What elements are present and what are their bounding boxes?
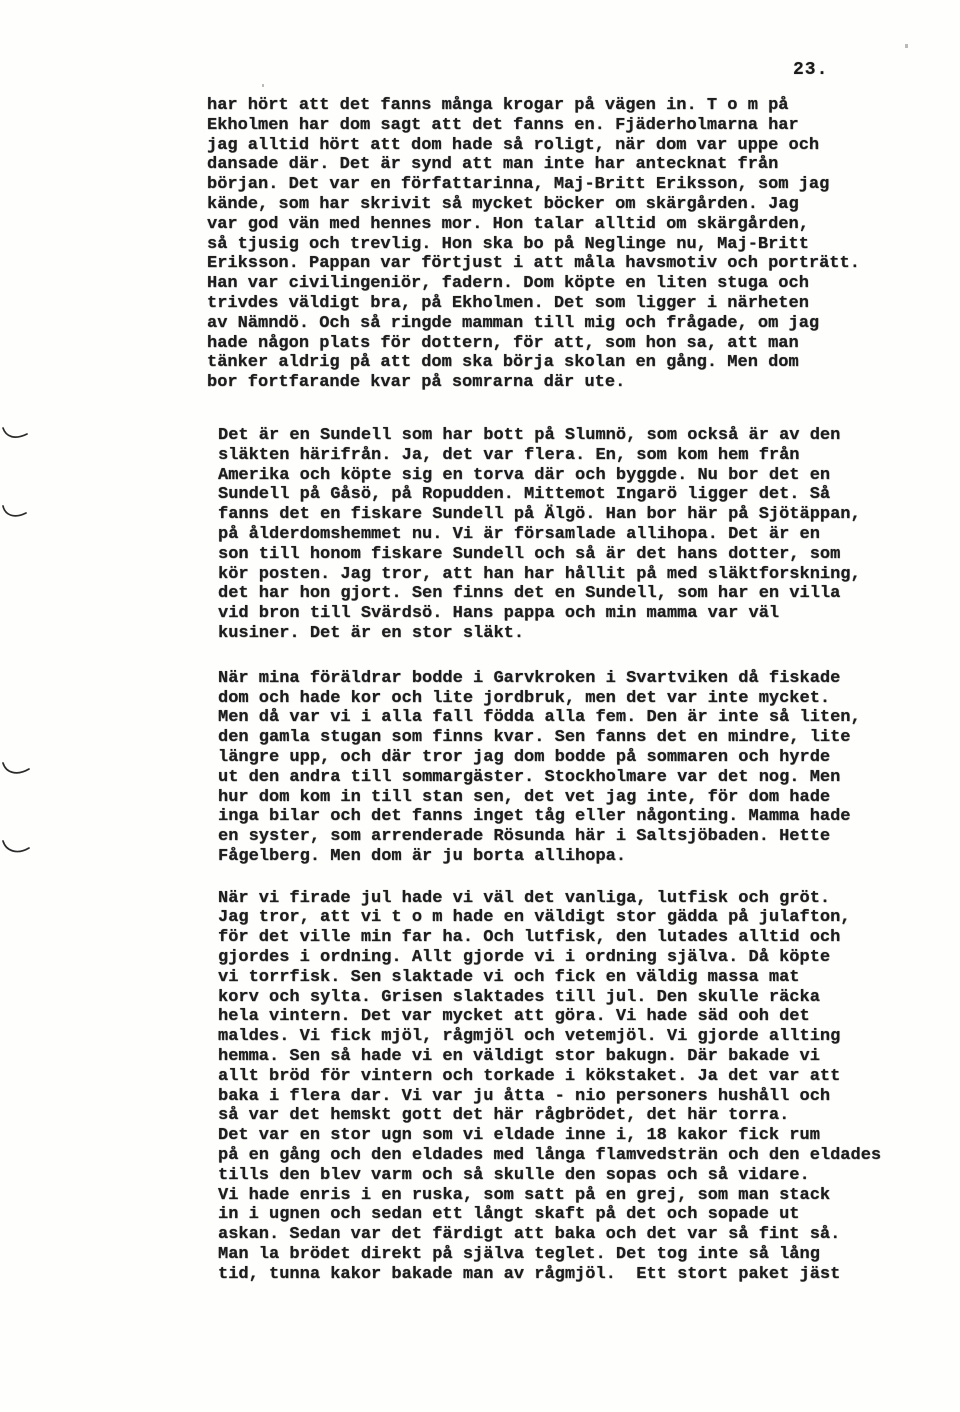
paragraph-4: När vi firade jul hade vi väl det vanlig… bbox=[218, 889, 917, 1285]
paragraph-1: har hört att det fanns många krogar på v… bbox=[207, 96, 917, 393]
document-body: har hört att det fanns många krogar på v… bbox=[207, 96, 917, 1285]
handwritten-curve-mark bbox=[2, 838, 30, 854]
handwritten-curve-mark bbox=[2, 504, 30, 520]
scan-speck bbox=[262, 84, 264, 87]
handwritten-curve-mark bbox=[2, 760, 30, 776]
scan-speck bbox=[905, 44, 908, 48]
handwritten-curve-mark bbox=[2, 426, 30, 442]
scanned-document-page: 23. har hört att det fanns många krogar … bbox=[0, 0, 960, 1412]
paragraph-2: Det är en Sundell som har bott på Slumnö… bbox=[218, 426, 917, 644]
page-number: 23. bbox=[793, 60, 828, 80]
paragraph-3: När mina föräldrar bodde i Garvkroken i … bbox=[218, 669, 917, 867]
